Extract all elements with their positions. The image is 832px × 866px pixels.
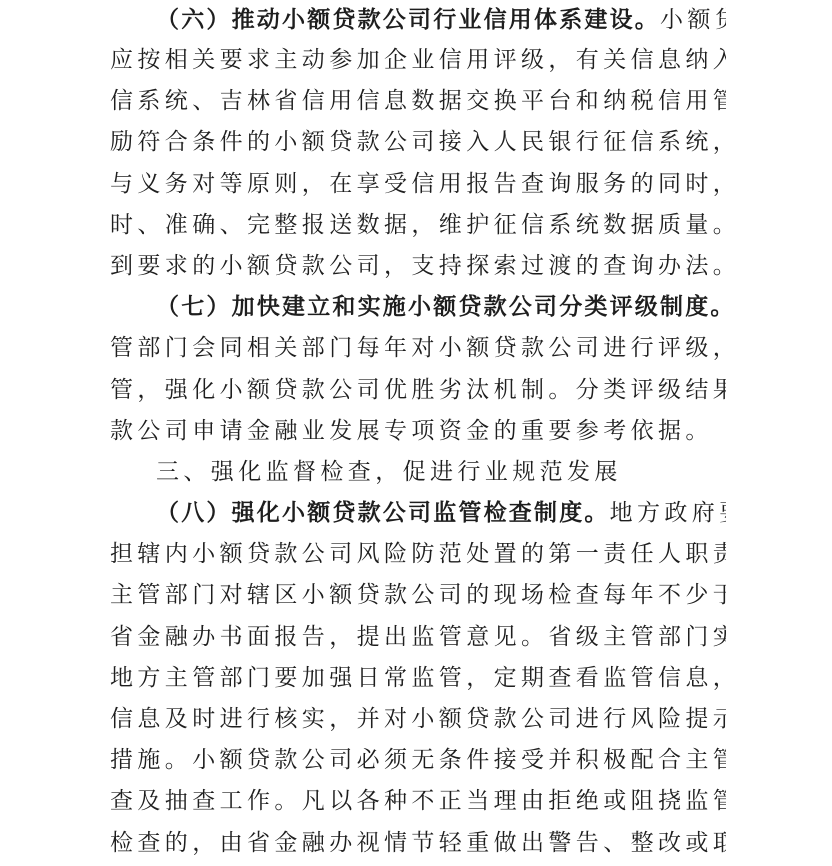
paragraph-line: 与义务对等原则，在享受信用报告查询服务的同时，按照规定及 [110, 164, 726, 205]
paragraph-8-heading: （八）强化小额贷款公司监管检查制度。 [156, 500, 610, 526]
paragraph-line: 信系统、吉林省信用信息数据交换平台和纳税信用管理体系。鼓 [110, 81, 726, 122]
paragraph-line: 措施。小额贷款公司必须无条件接受并积极配合主管部门现场检 [110, 740, 726, 781]
paragraph-line: 信息及时进行核实，并对小额贷款公司进行风险提示及提出整改 [110, 699, 726, 740]
paragraph-6-heading: （六）推动小额贷款公司行业信用体系建设。 [156, 7, 660, 33]
paragraph-line: 管，强化小额贷款公司优胜劣汰机制。分类评级结果做为小额贷 [110, 370, 726, 411]
paragraph-7-heading: （七）加快建立和实施小额贷款公司分类评级制度。 [156, 294, 726, 320]
paragraph-8-line-1: （八）强化小额贷款公司监管检查制度。地方政府要充分承 [110, 493, 726, 534]
paragraph-line: 到要求的小额贷款公司，支持探索过渡的查询办法。 [110, 246, 726, 287]
paragraph-line: 管部门会同相关部门每年对小额贷款公司进行评级，实施分类监 [110, 328, 726, 369]
paragraph-line: 时、准确、完整报送数据，维护征信系统数据质量。对暂时达不 [110, 205, 726, 246]
text: 地方政府要充分承 [610, 500, 726, 526]
paragraph-line: 地方主管部门要加强日常监管，定期查看监管信息，对风险预警 [110, 658, 726, 699]
paragraph-7-line-1: （七）加快建立和实施小额贷款公司分类评级制度。省级主 [110, 287, 726, 328]
document-page: （六）推动小额贷款公司行业信用体系建设。小额贷款公司 应按相关要求主动参加企业信… [110, 0, 726, 864]
paragraph-line: 查及抽查工作。凡以各种不正当理由拒绝或阻挠监管评级和现场 [110, 781, 726, 822]
paragraph-line: 省金融办书面报告，提出监管意见。省级主管部门实施现场抽查。 [110, 617, 726, 658]
paragraph-line: 检查的，由省金融办视情节轻重做出警告、整改或取消经营资格 [110, 823, 726, 864]
text: 小额贷款公司 [660, 7, 726, 33]
paragraph-6-line-1: （六）推动小额贷款公司行业信用体系建设。小额贷款公司 [110, 0, 726, 40]
paragraph-line: 励符合条件的小额贷款公司接入人民银行征信系统，并根据权利 [110, 122, 726, 163]
paragraph-line: 担辖内小额贷款公司风险防范处置的第一责任人职责。地方各级 [110, 534, 726, 575]
paragraph-line: 主管部门对辖区小额贷款公司的现场检查每年不少于1次，并向 [110, 575, 726, 616]
section-title: 三、强化监督检查，促进行业规范发展 [110, 452, 726, 493]
paragraph-line: 应按相关要求主动参加企业信用评级，有关信息纳入人民银行征 [110, 40, 726, 81]
paragraph-line: 款公司申请金融业发展专项资金的重要参考依据。 [110, 411, 726, 452]
